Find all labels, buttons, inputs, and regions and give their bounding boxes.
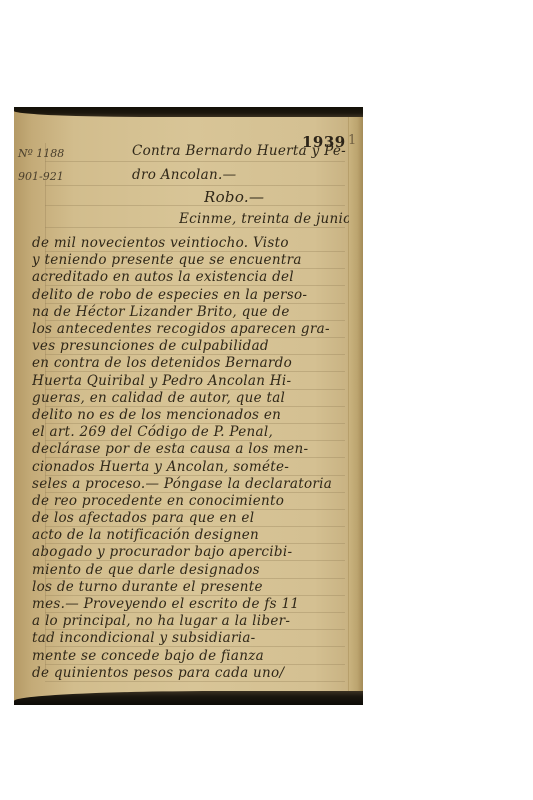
- ruled-line: [45, 406, 345, 407]
- ruled-line: [45, 646, 345, 647]
- ruled-line: [45, 354, 345, 355]
- handwritten-line: Ecinme, treinta de junio: [179, 211, 349, 227]
- ruled-line: [45, 227, 345, 228]
- ruled-line: [45, 440, 345, 441]
- handwritten-line: seles a proceso.— Póngase la declaratori…: [32, 476, 350, 492]
- ruled-line: [45, 664, 345, 665]
- handwritten-line: na de Héctor Lizander Brito, que de: [32, 304, 350, 320]
- ruled-line: [45, 612, 345, 613]
- ruled-line: [45, 371, 345, 372]
- ruled-line: [45, 303, 345, 304]
- handwritten-line: los de turno durante el presente: [32, 579, 350, 595]
- handwritten-line: el art. 269 del Código de P. Penal,: [32, 424, 350, 440]
- ruled-line: [45, 475, 345, 476]
- handwritten-line: de los afectados para que en el: [32, 510, 350, 526]
- book-binding-top: [14, 107, 363, 117]
- ruled-line: [45, 285, 345, 286]
- ruled-line: [45, 629, 345, 630]
- ruled-line: [45, 595, 345, 596]
- handwritten-line: mes.— Proveyendo el escrito de fs 11: [32, 596, 350, 612]
- handwritten-line: de reo procedente en conocimiento: [32, 493, 350, 509]
- ruled-line: [45, 423, 345, 424]
- handwritten-line: gueras, en calidad de autor, que tal: [32, 390, 350, 406]
- handwritten-line: mente se concede bajo de fianza: [32, 648, 350, 664]
- ruled-line: [45, 205, 345, 206]
- handwritten-line: abogado y procurador bajo apercibi-: [32, 544, 350, 560]
- handwritten-line: acreditado en autos la existencia del: [32, 269, 350, 285]
- ruled-line: [45, 389, 345, 390]
- ruled-line: [45, 320, 345, 321]
- handwritten-line: de mil novecientos veintiocho. Visto: [32, 235, 350, 251]
- page-stack-edge: [348, 117, 363, 691]
- handwritten-line: ves presunciones de culpabilidad: [32, 338, 350, 354]
- case-heading: Robo.—: [204, 188, 344, 206]
- ruled-line: [45, 681, 345, 682]
- ruled-line: [45, 526, 345, 527]
- ruled-line: [45, 251, 345, 252]
- ruled-line: [45, 509, 345, 510]
- handwritten-line: delito de robo de especies en la perso-: [32, 287, 350, 303]
- ruled-line: [45, 457, 345, 458]
- ruled-line: [45, 492, 345, 493]
- handwritten-line: y teniendo presente que se encuentra: [32, 252, 350, 268]
- ruled-line: [45, 337, 345, 338]
- ruled-line: [45, 185, 345, 186]
- book-binding-bottom: [14, 691, 363, 705]
- ruled-line: [45, 560, 345, 561]
- handwritten-line: dro Ancolan.—: [132, 167, 350, 183]
- ruled-line: [45, 578, 345, 579]
- handwritten-line: tad incondicional y subsidiaria-: [32, 630, 350, 646]
- handwritten-line: acto de la notificación designen: [32, 527, 350, 543]
- handwritten-line: de quinientos pesos para cada uno/: [32, 665, 350, 681]
- folio-range-note: 901-921: [18, 170, 64, 183]
- handwritten-line: a lo principal, no ha lugar a la liber-: [32, 613, 350, 629]
- handwritten-line: Huerta Quiribal y Pedro Ancolan Hi-: [32, 373, 350, 389]
- handwritten-line: en contra de los detenidos Bernardo: [32, 355, 350, 371]
- handwritten-line: cionados Huerta y Ancolan, sométe-: [32, 459, 350, 475]
- ruled-line: [45, 268, 345, 269]
- case-number-note: Nº 1188: [18, 147, 64, 160]
- handwritten-line: los antecedentes recogidos aparecen gra-: [32, 321, 350, 337]
- ruled-line: [45, 161, 345, 162]
- handwritten-line: miento de que darle designados: [32, 562, 350, 578]
- ruled-line: [45, 543, 345, 544]
- handwritten-line: Contra Bernardo Huerta y Pe-: [132, 143, 350, 159]
- ledger-page-photo: 1939 1 Nº 1188 901-921 Contra Bernardo H…: [14, 107, 363, 705]
- handwritten-line: delito no es de los mencionados en: [32, 407, 350, 423]
- handwritten-line: declárase por de esta causa a los men-: [32, 441, 350, 457]
